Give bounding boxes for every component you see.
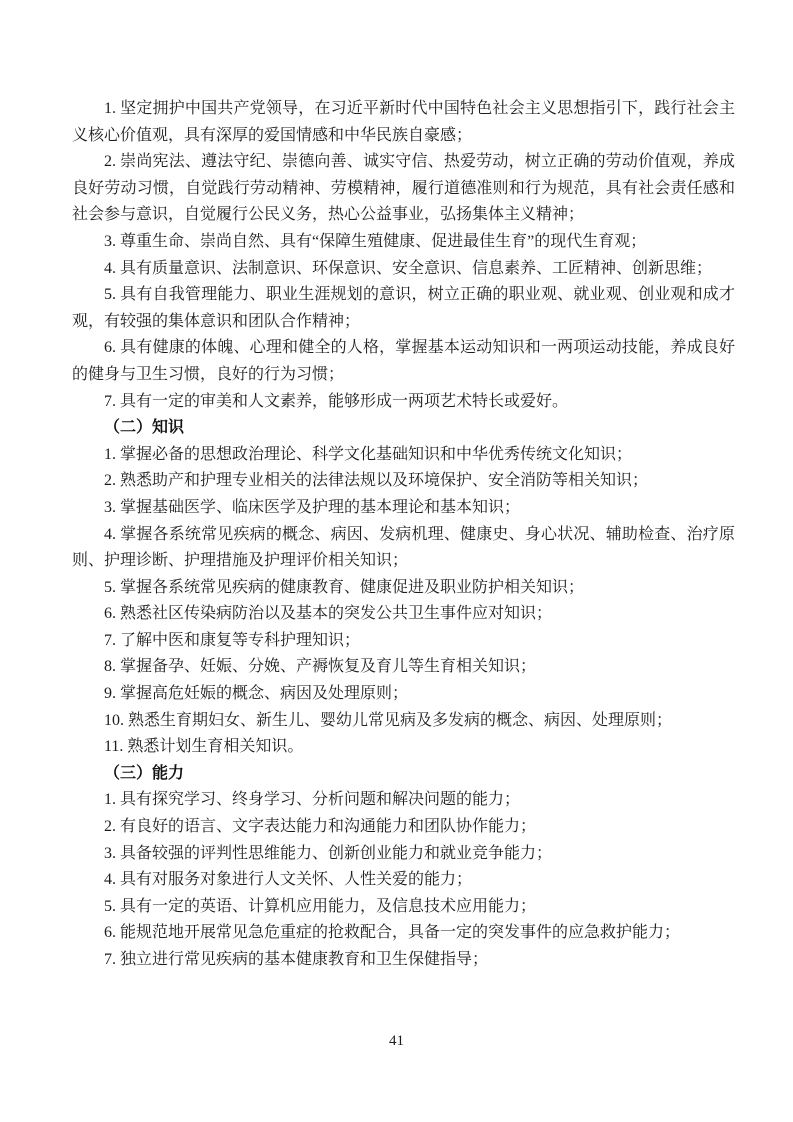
list-item: 7. 了解中医和康复等专科护理知识； [72, 628, 735, 655]
list-item: 5. 具有自我管理能力、职业生涯规划的意识，树立正确的职业观、就业观、创业观和成… [72, 282, 735, 335]
list-item: 7. 具有一定的审美和人文素养，能够形成一两项艺术特长或爱好。 [72, 389, 735, 416]
list-item: 5. 掌握各系统常见疾病的健康教育、健康促进及职业防护相关知识； [72, 575, 735, 602]
list-item: 8. 掌握备孕、妊娠、分娩、产褥恢复及育儿等生育相关知识； [72, 654, 735, 681]
section-heading-ability: （三）能力 [72, 761, 735, 788]
page-number: 41 [0, 1031, 793, 1051]
document-page: 1. 坚定拥护中国共产党领导，在习近平新时代中国特色社会主义思想指引下，践行社会… [0, 0, 793, 1122]
document-body: 1. 坚定拥护中国共产党领导，在习近平新时代中国特色社会主义思想指引下，践行社会… [72, 96, 735, 974]
section-heading-knowledge: （二）知识 [72, 415, 735, 442]
list-item: 1. 坚定拥护中国共产党领导，在习近平新时代中国特色社会主义思想指引下，践行社会… [72, 96, 735, 149]
list-item: 6. 具有健康的体魄、心理和健全的人格，掌握基本运动知识和一两项运动技能，养成良… [72, 335, 735, 388]
list-item: 6. 能规范地开展常见急危重症的抢救配合，具备一定的突发事件的应急救护能力； [72, 920, 735, 947]
list-item: 9. 掌握高危妊娠的概念、病因及处理原则； [72, 681, 735, 708]
list-item: 5. 具有一定的英语、计算机应用能力，及信息技术应用能力； [72, 894, 735, 921]
list-item: 2. 有良好的语言、文字表达能力和沟通能力和团队协作能力； [72, 814, 735, 841]
list-item: 4. 掌握各系统常见疾病的概念、病因、发病机理、健康史、身心状况、辅助检查、治疗… [72, 522, 735, 575]
list-item: 3. 尊重生命、崇尚自然、具有“保障生殖健康、促进最佳生育”的现代生育观； [72, 229, 735, 256]
list-item: 1. 掌握必备的思想政治理论、科学文化基础知识和中华优秀传统文化知识； [72, 442, 735, 469]
list-item: 4. 具有质量意识、法制意识、环保意识、安全意识、信息素养、工匠精神、创新思维； [72, 256, 735, 283]
list-item: 6. 熟悉社区传染病防治以及基本的突发公共卫生事件应对知识； [72, 601, 735, 628]
list-item: 7. 独立进行常见疾病的基本健康教育和卫生保健指导； [72, 947, 735, 974]
list-item: 2. 崇尚宪法、遵法守纪、崇德向善、诚实守信、热爱劳动，树立正确的劳动价值观，养… [72, 149, 735, 229]
list-item: 4. 具有对服务对象进行人文关怀、人性关爱的能力； [72, 867, 735, 894]
list-item: 3. 具备较强的评判性思维能力、创新创业能力和就业竞争能力； [72, 841, 735, 868]
list-item: 1. 具有探究学习、终身学习、分析问题和解决问题的能力； [72, 787, 735, 814]
list-item: 3. 掌握基础医学、临床医学及护理的基本理论和基本知识； [72, 495, 735, 522]
list-item: 2. 熟悉助产和护理专业相关的法律法规以及环境保护、安全消防等相关知识； [72, 468, 735, 495]
list-item: 10. 熟悉生育期妇女、新生儿、婴幼儿常见病及多发病的概念、病因、处理原则； [72, 708, 735, 735]
list-item: 11. 熟悉计划生育相关知识。 [72, 734, 735, 761]
